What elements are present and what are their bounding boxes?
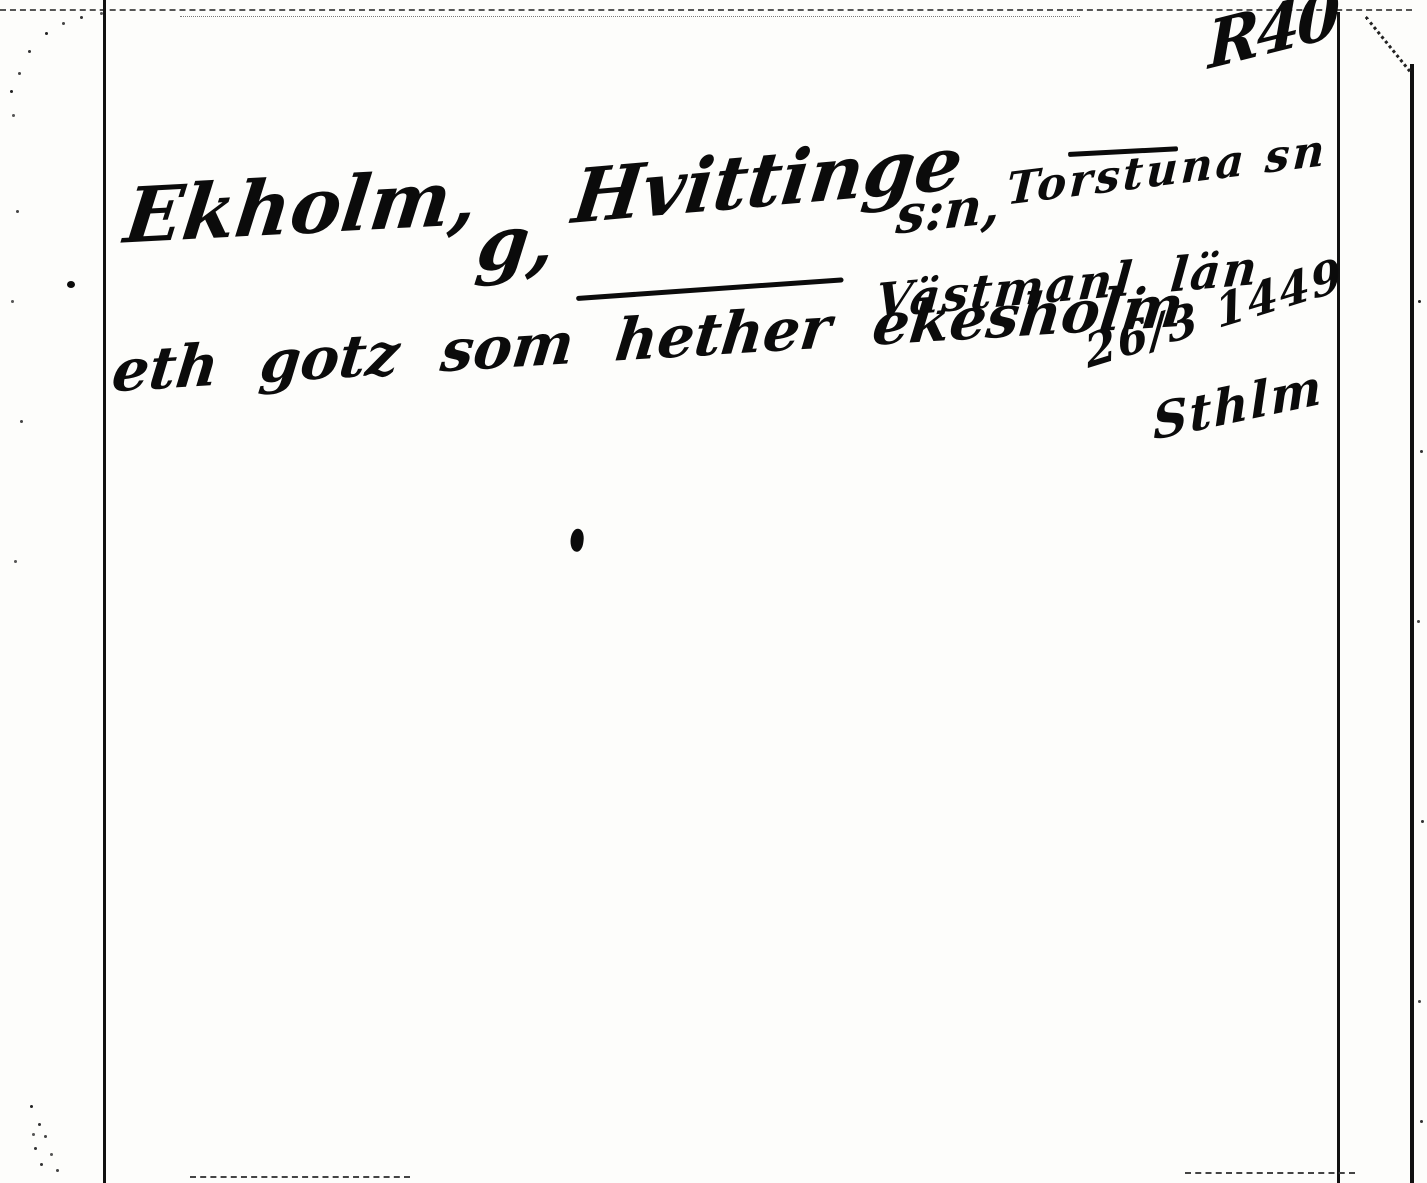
card-left-margin-rule	[103, 0, 106, 1183]
ink-blot	[569, 528, 585, 552]
card-bottom-edge-right	[1185, 1172, 1355, 1174]
headword-qualifier: g,	[473, 204, 560, 283]
margin-ink-dot	[67, 281, 75, 288]
scanned-index-card: R40 Ekholm, g, Hvittinge s:n, Torstuna s…	[0, 0, 1427, 1183]
card-top-edge-speckle	[180, 16, 1080, 17]
issue-place: Sthlm	[1152, 362, 1324, 448]
district-note: Torstuna sn	[1006, 129, 1329, 213]
card-right-edge	[1410, 64, 1414, 1183]
scan-noise-top-left	[10, 90, 13, 93]
card-clipped-corner	[1365, 16, 1411, 72]
scan-noise-right-edge	[1418, 300, 1421, 303]
scan-noise-bottom-left	[30, 1105, 33, 1108]
headword-place-name: Ekholm,	[121, 160, 482, 255]
card-bottom-edge-left	[190, 1176, 410, 1178]
archive-corner-mark: R40	[1208, 0, 1337, 80]
parish-abbreviation: s:n,	[894, 179, 1002, 243]
card-right-margin-rule	[1337, 12, 1340, 1183]
card-top-edge	[0, 9, 1412, 11]
